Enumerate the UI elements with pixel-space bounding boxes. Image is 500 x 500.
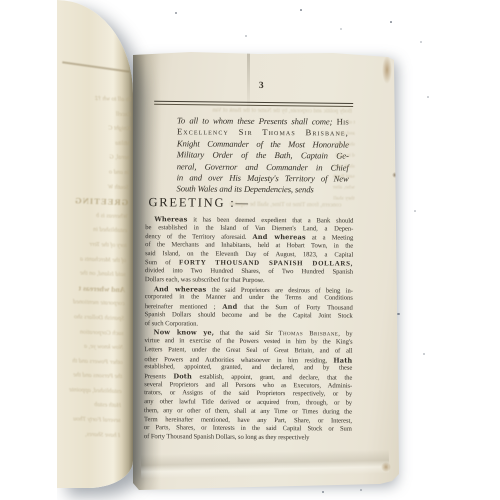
page-content: 3 Body politic and corporate, by the Nam… (131, 49, 400, 492)
screenshot-root: 3 Body politic and corporate, by the Nam… (0, 0, 500, 500)
body-text-block: Whereas it has been deemed expedient tha… (144, 215, 354, 443)
left-page-curl: To all to wh †‡ExcellKnight CMilitaneral… (57, 0, 133, 488)
preamble-block: To all to whom these Presents shall come… (177, 115, 350, 196)
dust-speck (390, 21, 392, 23)
text-line: ship, and (331, 139, 355, 150)
dust-speck (427, 96, 429, 98)
dust-speck (423, 353, 425, 355)
text-line: said Bank (331, 172, 355, 183)
bleedthrough-rule (62, 61, 130, 72)
text-line: d in, and (331, 150, 355, 161)
white-band-right (444, 0, 500, 500)
dust-speck (322, 491, 324, 493)
page-number: 3 (251, 81, 271, 91)
dust-speck (397, 313, 400, 315)
bleedthrough-text: concern, from Time to Time, shall be cap… (229, 201, 341, 209)
text-line: and over (331, 128, 355, 139)
book-photo: 3 Body politic and corporate, by the Nam… (57, 0, 444, 500)
dust-speck (360, 489, 362, 491)
dust-speck (340, 28, 342, 30)
text-line: South Wales and its Dependencies, sends (177, 184, 349, 197)
text-line: of Forty Thousand Spanish Dollars, so lo… (144, 433, 352, 443)
text-line: who, alter (331, 183, 355, 194)
dust-speck (414, 210, 416, 212)
dust-speck (245, 35, 247, 37)
header-double-rule (154, 101, 353, 107)
bleedthrough-margin: t of t aand overship, andd in, andshall,… (330, 117, 355, 205)
right-page: 3 Body politic and corporate, by the Nam… (133, 50, 399, 491)
dust-speck (300, 9, 302, 11)
text-line: shall, and (331, 161, 355, 172)
bleedthrough-text-column: To all to wh †‡ExcellKnight CMilitaneral… (57, 91, 132, 443)
dust-speck (420, 41, 422, 43)
dust-speck (175, 12, 177, 14)
white-band-left (0, 0, 57, 500)
bleedthrough-text: Body politic and corporate, by the Name … (156, 107, 352, 114)
text-line: I have Shares, (57, 426, 120, 443)
text-line: t of t a (331, 117, 355, 128)
